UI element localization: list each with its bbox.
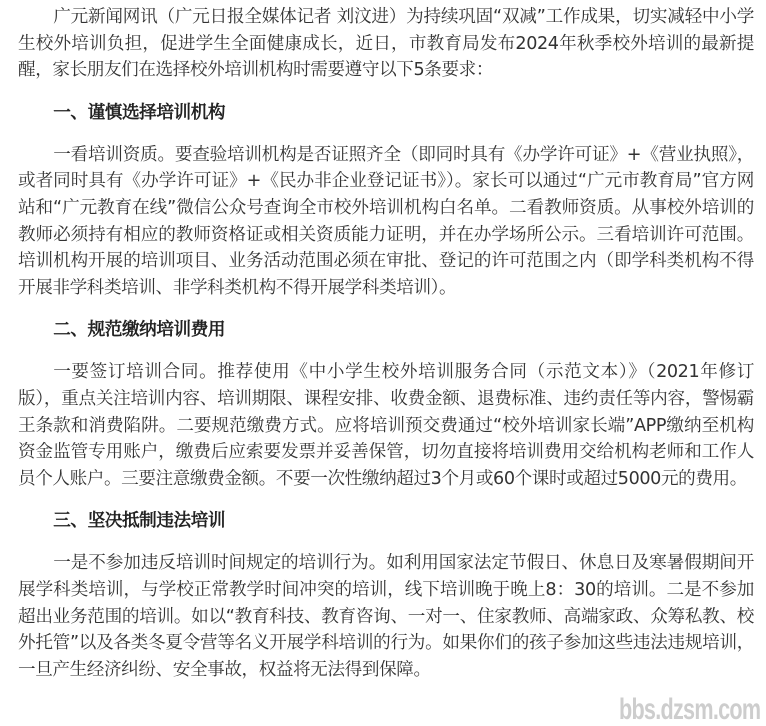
section-body-1: 一看培训资质。要查验培训机构是否证照齐全（即同时具有《办学许可证》+《营业执照》…: [18, 142, 754, 302]
article-body: 广元新闻网讯（广元日报全媒体记者 刘汶进）为持续巩固“双减”工作成果，切实减轻中…: [18, 4, 754, 683]
intro-paragraph: 广元新闻网讯（广元日报全媒体记者 刘汶进）为持续巩固“双减”工作成果，切实减轻中…: [18, 4, 754, 84]
section-body-3: 一是不参加违反培训时间规定的培训行为。如利用国家法定节假日、休息日及寒暑假期间开…: [18, 550, 754, 683]
section-heading-1: 一、谨慎选择培训机构: [18, 100, 754, 126]
section-body-2: 一要签订培训合同。推荐使用《中小学生校外培训服务合同（示范文本）》（2021年修…: [18, 359, 754, 492]
section-heading-2: 二、规范缴纳培训费用: [18, 317, 754, 343]
site-watermark: bbs.dzsm.com: [619, 694, 760, 726]
section-heading-3: 三、坚决抵制违法培训: [18, 508, 754, 534]
